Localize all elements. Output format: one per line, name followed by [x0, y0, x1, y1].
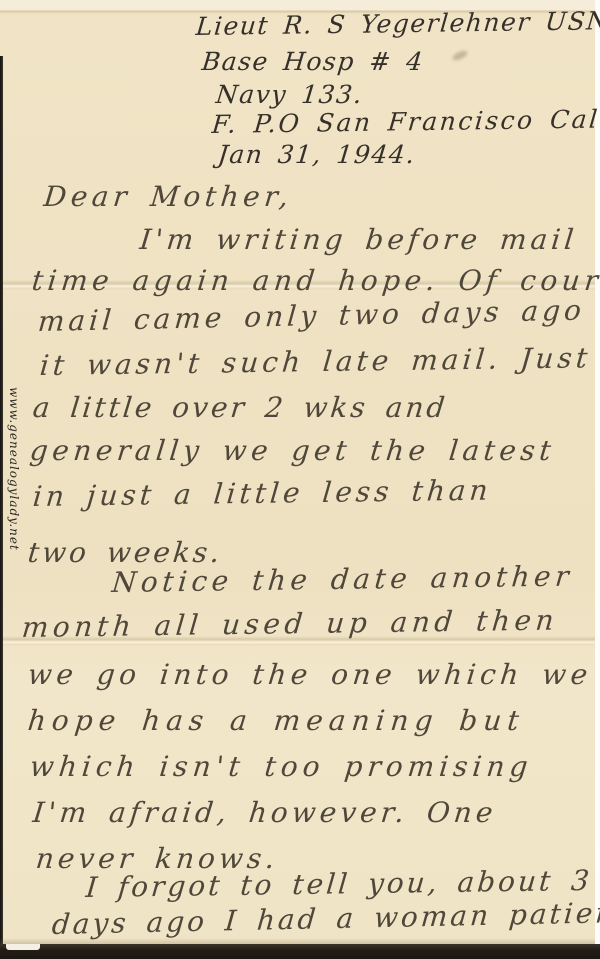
header-line-fpo: F. P.O San Francisco Calif.: [211, 104, 600, 139]
body-line: I'm afraid, however. One: [31, 796, 498, 829]
scanner-edge-left: [0, 56, 3, 959]
body-line: generally we get the latest: [28, 434, 557, 467]
body-line: I'm writing before mail: [138, 223, 579, 256]
body-line: Notice the date another: [110, 560, 574, 599]
body-line: hope has a meaning but: [26, 704, 526, 737]
header-line-unit: Base Hosp # 4: [200, 47, 425, 76]
scanner-strip-right: [595, 0, 600, 944]
salutation: Dear Mother,: [42, 180, 294, 213]
scanner-strip-bottom: [0, 944, 600, 959]
body-line: time again and hope. Of course: [30, 264, 600, 297]
header-line-navy: Navy 133.: [214, 80, 364, 109]
scanned-letter-page: www.genealogylady.net Lieut R. S Yegerle…: [0, 0, 600, 959]
body-line: in just a little less than: [31, 474, 493, 513]
body-line: we go into the one which we: [26, 658, 593, 691]
header-line-sender: Lieut R. S Yegerlehner USNR: [195, 6, 600, 41]
body-line: a little over 2 wks and: [31, 391, 449, 424]
header-line-date: Jan 31, 1944.: [216, 140, 417, 169]
paper-bottom-notch: [6, 944, 40, 950]
watermark-text: www.genealogylady.net: [7, 387, 21, 551]
body-line: which isn't too promising: [28, 750, 534, 783]
